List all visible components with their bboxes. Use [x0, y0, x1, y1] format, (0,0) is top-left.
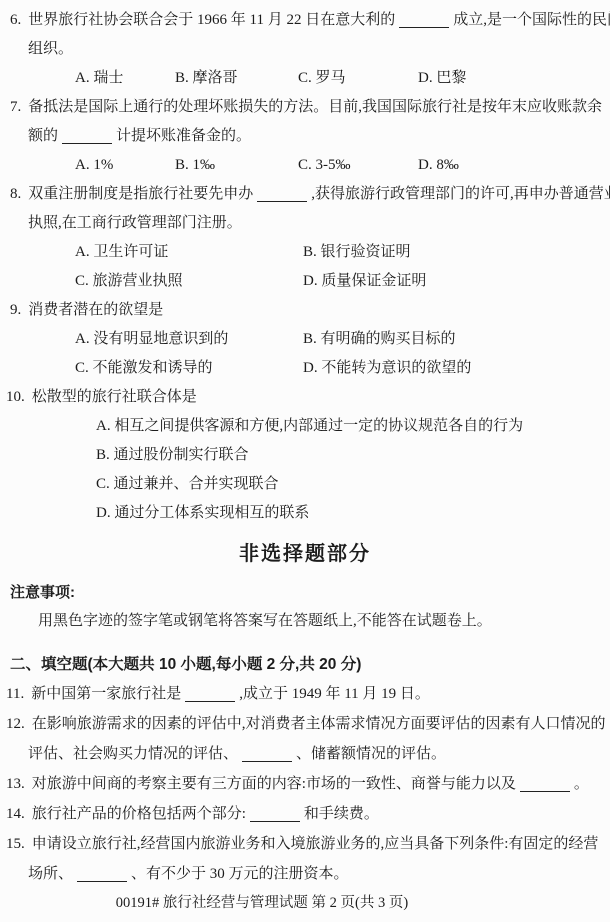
- question-11: 11.新中国第一家旅行社是,成立于 1949 年 11 月 19 日。: [0, 679, 610, 709]
- option-7-c: C. 3-5‰: [298, 151, 351, 180]
- question-12-cont-pre: 评估、社会购买力情况的评估、: [28, 746, 238, 762]
- question-11-text-post: ,成立于 1949 年 11 月 19 日。: [239, 686, 430, 702]
- question-13-text-pre: 对旅游中间商的考察主要有三方面的内容:市场的一致性、商誉与能力以及: [32, 776, 516, 792]
- page-footer: 00191# 旅行社经营与管理试题 第 2 页(共 3 页): [0, 892, 524, 914]
- question-9-stem: 9.消费者潜在的欲望是: [0, 296, 610, 325]
- option-8-d: D. 质量保证金证明: [303, 267, 426, 296]
- question-7-number: 7.: [10, 99, 21, 115]
- option-9-d: D. 不能转为意识的欲望的: [303, 354, 471, 383]
- blank-underline-q12: [242, 749, 292, 762]
- question-8-options-row-2: C. 旅游营业执照 D. 质量保证金证明: [0, 267, 610, 296]
- blank-underline-q13: [520, 779, 570, 792]
- question-12-cont-post: 、储蓄额情况的评估。: [296, 746, 446, 762]
- blank-underline-q6: [399, 15, 449, 28]
- option-10-c-label: C. 通过兼并、合并实现联合: [96, 476, 279, 492]
- question-15-cont-post: 、有不少于 30 万元的注册资本。: [131, 866, 349, 882]
- option-9-a: A. 没有明显地意识到的: [75, 325, 228, 354]
- question-12-line-2: 评估、社会购买力情况的评估、、储蓄额情况的评估。: [0, 739, 610, 769]
- question-12-line-1: 12.在影响旅游需求的因素的评估中,对消费者主体需求情况方面要评估的因素有人口情…: [0, 709, 610, 739]
- question-12-number: 12.: [6, 716, 25, 732]
- fill-section-header: 二、填空题(本大题共 10 小题,每小题 2 分,共 20 分): [0, 650, 610, 679]
- option-10-a-label: A. 相互之间提供客源和方便,内部通过一定的协议规范各自的行为: [96, 418, 523, 434]
- option-6-c: C. 罗马: [298, 64, 346, 93]
- question-15-line-2: 场所、、有不少于 30 万元的注册资本。: [0, 859, 610, 889]
- question-7-options: A. 1% B. 1‰ C. 3-5‰ D. 8‰: [0, 151, 610, 180]
- question-9-number: 9.: [10, 302, 21, 318]
- question-13: 13.对旅游中间商的考察主要有三方面的内容:市场的一致性、商誉与能力以及。: [0, 769, 610, 799]
- question-6-number: 6.: [10, 12, 21, 28]
- question-12-text-line1: 在影响旅游需求的因素的评估中,对消费者主体需求情况方面要评估的因素有人口情况的: [32, 716, 606, 732]
- notice-label: 注意事项:: [0, 578, 610, 607]
- option-8-c: C. 旅游营业执照: [75, 267, 183, 296]
- option-7-b: B. 1‰: [175, 151, 215, 180]
- question-8-text-cont: 执照,在工商行政管理部门注册。: [28, 215, 242, 231]
- notice-text-content: 用黑色字迹的签字笔或钢笔将答案写在答题纸上,不能答在试题卷上。: [38, 613, 492, 629]
- question-9-options-row-1: A. 没有明显地意识到的 B. 有明确的购买目标的: [0, 325, 610, 354]
- blank-underline-q14: [250, 809, 300, 822]
- question-11-number: 11.: [6, 686, 24, 702]
- question-14-number: 14.: [6, 806, 25, 822]
- option-7-d: D. 8‰: [418, 151, 459, 180]
- question-8-text-pre: 双重注册制度是指旅行社要先申办: [28, 186, 253, 202]
- question-15-number: 15.: [6, 836, 25, 852]
- question-14: 14.旅行社产品的价格包括两个部分:和手续费。: [0, 799, 610, 829]
- question-8-options-row-1: A. 卫生许可证 B. 银行验资证明: [0, 238, 610, 267]
- question-10-text: 松散型的旅行社联合体是: [32, 389, 197, 405]
- option-9-b: B. 有明确的购买目标的: [303, 325, 456, 354]
- question-14-text-pre: 旅行社产品的价格包括两个部分:: [32, 806, 246, 822]
- question-15-text-line1: 申请设立旅行社,经营国内旅游业务和入境旅游业务的,应当具备下列条件:有固定的经营: [32, 836, 599, 852]
- blank-underline-q11: [185, 689, 235, 702]
- question-6-line-1: 6.世界旅行社协会联合会于 1966 年 11 月 22 日在意大利的成立,是一…: [0, 6, 610, 35]
- question-6-text-post: 成立,是一个国际性的民间: [453, 12, 610, 28]
- question-13-text-post: 。: [574, 776, 589, 792]
- option-6-a: A. 瑞士: [75, 64, 123, 93]
- question-8-number: 8.: [10, 186, 21, 202]
- question-7-line-2: 额的计提坏账准备金的。: [0, 122, 610, 151]
- question-15-cont-pre: 场所、: [28, 866, 73, 882]
- question-6-text-pre: 世界旅行社协会联合会于 1966 年 11 月 22 日在意大利的: [28, 12, 395, 28]
- question-6-line-2: 组织。: [0, 35, 610, 64]
- option-10-b-label: B. 通过股份制实行联合: [96, 447, 249, 463]
- question-11-text-pre: 新中国第一家旅行社是: [31, 686, 181, 702]
- question-7-cont-pre: 额的: [28, 128, 58, 144]
- option-7-a: A. 1%: [75, 151, 113, 180]
- option-10-b: B. 通过股份制实行联合: [0, 441, 610, 470]
- blank-underline-q15: [77, 869, 127, 882]
- question-6-text-cont: 组织。: [28, 41, 73, 57]
- option-10-d-label: D. 通过分工体系实现相互的联系: [96, 505, 309, 521]
- question-7-cont-post: 计提坏账准备金的。: [116, 128, 251, 144]
- option-10-a: A. 相互之间提供客源和方便,内部通过一定的协议规范各自的行为: [0, 412, 610, 441]
- question-7-line-1: 7.备抵法是国际上通行的处理坏账损失的方法。目前,我国国际旅行社是按年末应收账款…: [0, 93, 610, 122]
- question-7-text-pre: 备抵法是国际上通行的处理坏账损失的方法。目前,我国国际旅行社是按年末应收账款余: [28, 99, 602, 115]
- question-14-text-post: 和手续费。: [304, 806, 379, 822]
- notice-text: 用黑色字迹的签字笔或钢笔将答案写在答题纸上,不能答在试题卷上。: [0, 607, 610, 636]
- question-10-stem: 10.松散型的旅行社联合体是: [0, 383, 610, 412]
- option-8-a: A. 卫生许可证: [75, 238, 168, 267]
- blank-underline-q8: [257, 189, 307, 202]
- question-9-options-row-2: C. 不能激发和诱导的 D. 不能转为意识的欲望的: [0, 354, 610, 383]
- option-6-d: D. 巴黎: [418, 64, 466, 93]
- question-15-line-1: 15.申请设立旅行社,经营国内旅游业务和入境旅游业务的,应当具备下列条件:有固定…: [0, 829, 610, 859]
- option-10-d: D. 通过分工体系实现相互的联系: [0, 499, 610, 528]
- question-8-text-post: ,获得旅游行政管理部门的许可,再申办普通营业: [311, 186, 610, 202]
- option-6-b: B. 摩洛哥: [175, 64, 238, 93]
- question-10-number: 10.: [6, 389, 25, 405]
- option-10-c: C. 通过兼并、合并实现联合: [0, 470, 610, 499]
- question-8-line-2: 执照,在工商行政管理部门注册。: [0, 209, 610, 238]
- blank-underline-q7: [62, 131, 112, 144]
- exam-page: 6.世界旅行社协会联合会于 1966 年 11 月 22 日在意大利的成立,是一…: [0, 0, 610, 922]
- option-8-b: B. 银行验资证明: [303, 238, 411, 267]
- section-title: 非选择题部分: [0, 534, 610, 574]
- question-13-number: 13.: [6, 776, 25, 792]
- question-9-text: 消费者潜在的欲望是: [28, 302, 163, 318]
- option-9-c: C. 不能激发和诱导的: [75, 354, 213, 383]
- question-8-line-1: 8.双重注册制度是指旅行社要先申办,获得旅游行政管理部门的许可,再申办普通营业: [0, 180, 610, 209]
- question-6-options: A. 瑞士 B. 摩洛哥 C. 罗马 D. 巴黎: [0, 64, 610, 93]
